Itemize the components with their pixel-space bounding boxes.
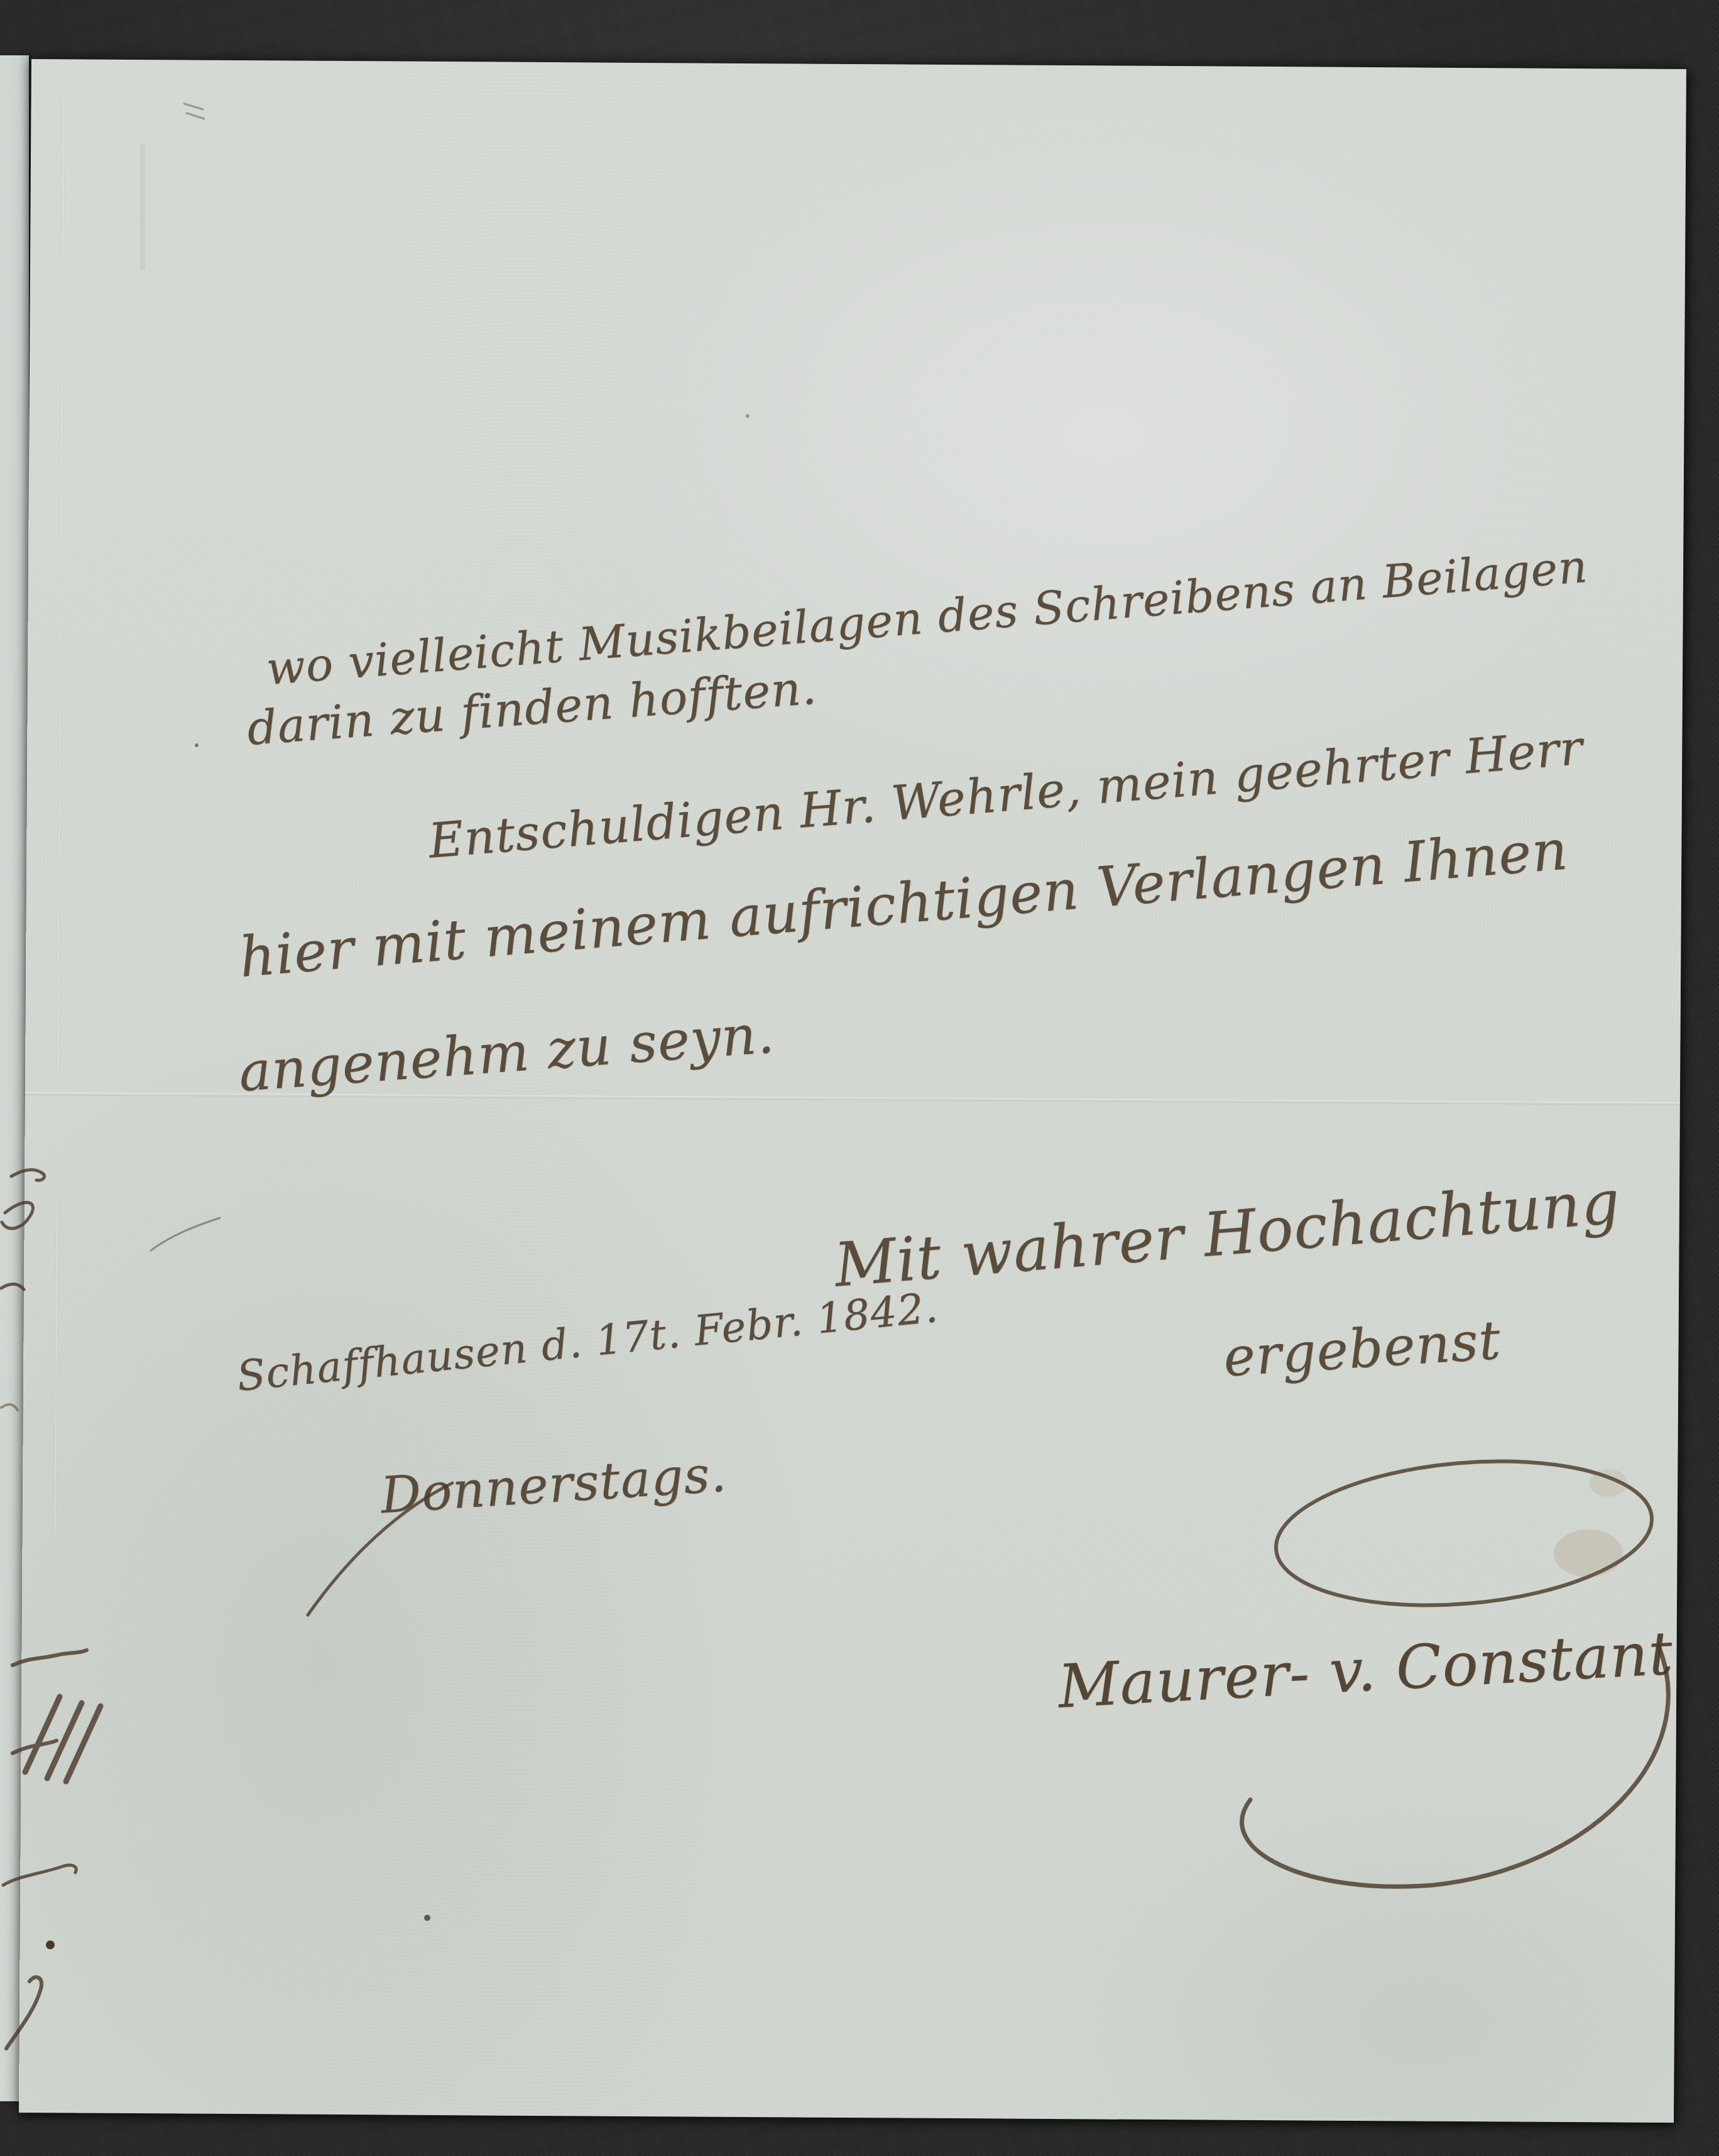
closing-line: ergebenst [1221,1310,1502,1389]
letter-page: wo vielleicht Musikbeilagen des Schreibe… [19,59,1686,2123]
fold-crease-vertical [54,59,65,1536]
handwriting-line: wo vielleicht Musikbeilagen des Schreibe… [265,540,1590,695]
signature: Maurer- v. Constant [1056,1619,1675,1722]
handwriting-line: angenehm zu seyn. [237,1002,777,1104]
closing-line: Mit wahrer Hochachtung [832,1166,1623,1300]
scan-photo: wo vielleicht Musikbeilagen des Schreibe… [0,0,1719,2156]
dateline: Schaffhausen d. 17t. Febr. 1842. [234,1283,940,1401]
weekday-line: Donnerstags. [379,1444,728,1524]
